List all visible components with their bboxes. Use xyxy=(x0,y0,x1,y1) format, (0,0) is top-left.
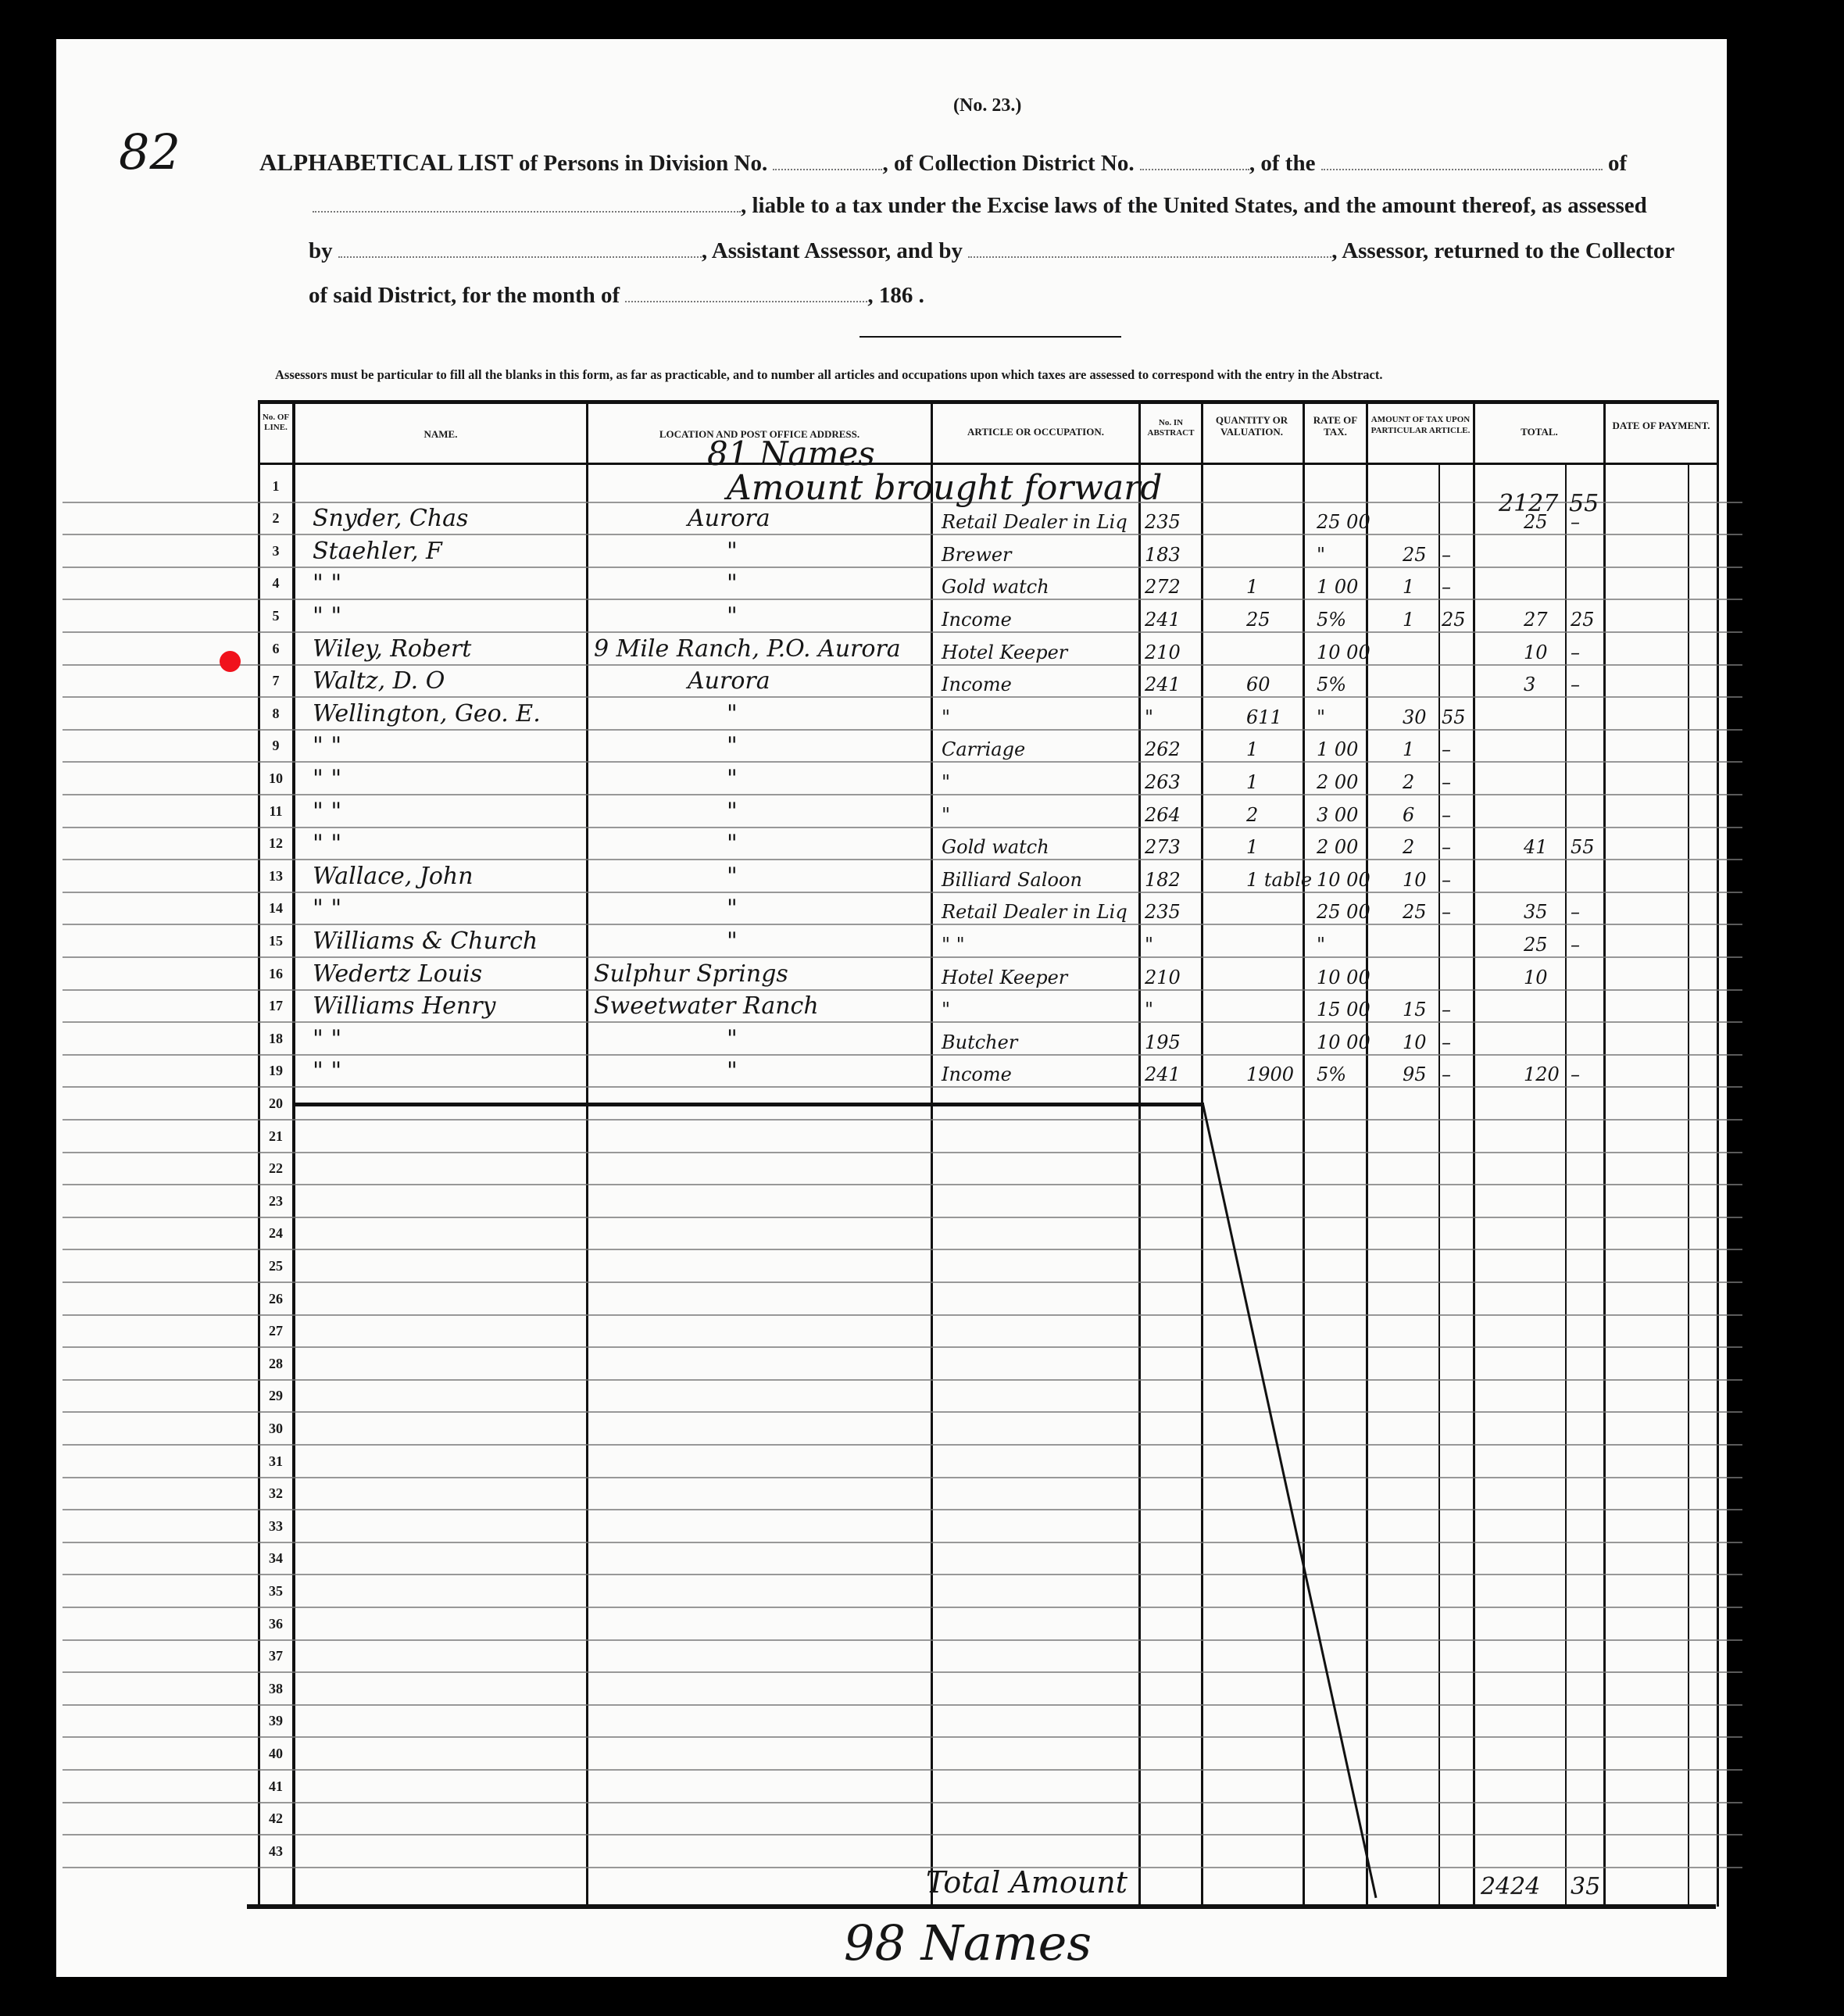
name-cell: Wedertz Louis xyxy=(313,961,482,988)
division-number-blank[interactable] xyxy=(773,152,882,170)
amount-dollars-cell: 15 xyxy=(1403,996,1427,1023)
total-dollars-cell: 25 xyxy=(1524,931,1548,958)
title-line-1: ALPHABETICAL LIST of Persons in Division… xyxy=(259,148,1627,177)
line-number: 33 xyxy=(260,1518,291,1535)
title-text: of xyxy=(1603,151,1627,176)
quantity-cell: 1 xyxy=(1246,574,1258,600)
article-cell: " xyxy=(942,802,950,828)
quantity-cell: 2 xyxy=(1246,802,1258,828)
rate-cell: 10 00 xyxy=(1317,1029,1370,1056)
amount-cents-cell: – xyxy=(1442,899,1451,925)
row-rule xyxy=(63,924,1742,925)
row-rule xyxy=(63,1281,1742,1283)
abstract-cell: 241 xyxy=(1145,606,1181,633)
total-dollars-cell: 25 xyxy=(1524,509,1548,535)
amount-cents-cell: – xyxy=(1442,542,1451,568)
header-date: DATE OF PAYMENT. xyxy=(1606,420,1717,431)
row-rule xyxy=(63,989,1742,991)
abstract-cell: 241 xyxy=(1145,671,1181,698)
title-text: of said District, for the month of xyxy=(309,283,625,308)
margin-page-mark: 82 xyxy=(119,123,180,181)
title-text: , of Collection District No. xyxy=(882,151,1139,176)
abstract-cell: 273 xyxy=(1145,834,1181,860)
header-abstract-no: No. IN ABSTRACT xyxy=(1141,418,1201,438)
line-number: 40 xyxy=(260,1746,291,1762)
location-cell: " xyxy=(727,701,738,727)
line-number: 20 xyxy=(260,1096,291,1112)
row-rule xyxy=(63,1021,1742,1023)
location-cell: " xyxy=(727,1058,738,1085)
title-lead: ALPHABETICAL LIST xyxy=(259,148,513,176)
row-rule xyxy=(63,1542,1742,1543)
amount-cents-cell: – xyxy=(1442,769,1451,795)
location-cell: " xyxy=(727,766,738,792)
col-border-abstract xyxy=(1201,402,1203,1907)
amount-cents-cell: – xyxy=(1442,736,1451,763)
name-cell: " " xyxy=(313,603,341,630)
line-number: 24 xyxy=(260,1225,291,1242)
location-cell: " xyxy=(727,928,738,955)
total-amount-label: Total Amount xyxy=(926,1869,1127,1896)
article-cell: Butcher xyxy=(942,1029,1017,1056)
article-cell: Income xyxy=(942,671,1012,698)
line-number: 36 xyxy=(260,1616,291,1632)
red-marker-dot xyxy=(220,651,241,672)
abstract-cell: 241 xyxy=(1145,1061,1181,1088)
line-number: 32 xyxy=(260,1485,291,1502)
name-cell: Wellington, Geo. E. xyxy=(313,701,541,727)
table-bottom-rule xyxy=(247,1904,1716,1909)
name-cell: " " xyxy=(313,831,341,857)
quantity-cell: 25 xyxy=(1246,606,1270,633)
row-rule xyxy=(63,1607,1742,1608)
article-cell: " xyxy=(942,769,950,795)
total-cents-cell: 25 xyxy=(1571,606,1595,633)
abstract-cell: 210 xyxy=(1145,639,1181,666)
row-rule xyxy=(63,1379,1742,1381)
line-number: 31 xyxy=(260,1453,291,1470)
total-cents-cell: – xyxy=(1571,1061,1580,1088)
row-rule xyxy=(63,1736,1742,1738)
location-cell: " xyxy=(727,733,738,760)
abstract-cell: 235 xyxy=(1145,899,1181,925)
article-cell: Carriage xyxy=(942,736,1025,763)
line-number: 34 xyxy=(260,1550,291,1567)
line-number: 3 xyxy=(260,543,291,559)
row-rule xyxy=(63,1639,1742,1641)
abstract-cell: 183 xyxy=(1145,542,1181,568)
amount-cents-cell: – xyxy=(1442,996,1451,1023)
brought-forward-label: Amount brought forward xyxy=(727,475,1162,502)
name-cell: " " xyxy=(313,1026,341,1053)
line-number: 11 xyxy=(260,803,291,820)
header-article: ARTICLE OR OCCUPATION. xyxy=(933,426,1138,438)
row-rule xyxy=(63,1769,1742,1771)
location-cell: " xyxy=(727,831,738,857)
amount-dollars-cell: 6 xyxy=(1403,802,1414,828)
abstract-cell: 262 xyxy=(1145,736,1181,763)
line-number: 6 xyxy=(260,641,291,657)
name-cell: Williams & Church xyxy=(313,928,538,955)
amount-cents-cell: – xyxy=(1442,574,1451,600)
form-page xyxy=(56,39,1727,1977)
row-rule xyxy=(63,794,1742,795)
amount-dollars-cell: 1 xyxy=(1403,574,1414,600)
article-cell: Billiard Saloon xyxy=(942,867,1082,893)
total-cents-cell: – xyxy=(1571,639,1580,666)
total-dollars-cell: 10 xyxy=(1524,964,1548,991)
article-cell: Gold watch xyxy=(942,834,1049,860)
line-number: 7 xyxy=(260,673,291,689)
line-number: 21 xyxy=(260,1128,291,1145)
line-number: 28 xyxy=(260,1356,291,1372)
abstract-cell: " xyxy=(1145,704,1153,731)
rate-cell: 5% xyxy=(1317,606,1346,633)
location-cell: " xyxy=(727,1026,738,1053)
total-names-annotation: 98 Names xyxy=(844,1914,1092,1971)
location-cell: " xyxy=(727,863,738,890)
rate-cell: 25 00 xyxy=(1317,899,1370,925)
col-border-quantity xyxy=(1303,402,1305,1907)
line-number: 2 xyxy=(260,510,291,527)
line-number: 12 xyxy=(260,835,291,852)
amount-cents-cell: – xyxy=(1442,1061,1451,1088)
name-cell: Wiley, Robert xyxy=(313,636,471,663)
article-cell: " xyxy=(942,996,950,1023)
amount-dollars-cell: 25 xyxy=(1403,542,1427,568)
row-rule xyxy=(63,892,1742,893)
total-dollars-cell: 10 xyxy=(1524,639,1548,666)
total-dollars-cell: 120 xyxy=(1524,1061,1560,1088)
amount-dollars-cell: 1 xyxy=(1403,606,1414,633)
amount-dollars-cell: 2 xyxy=(1403,769,1414,795)
row-rule xyxy=(63,1086,1742,1088)
row-rule xyxy=(63,956,1742,958)
line-number: 9 xyxy=(260,738,291,754)
location-cell: " xyxy=(727,570,738,597)
row-rule xyxy=(63,1509,1742,1510)
location-cell: Aurora xyxy=(688,668,770,695)
name-cell: Snyder, Chas xyxy=(313,506,468,532)
col-border-amount xyxy=(1473,402,1475,1907)
rate-cell: 5% xyxy=(1317,1061,1346,1088)
row-rule xyxy=(63,1444,1742,1446)
location-cell: " xyxy=(727,799,738,825)
rate-cell: 15 00 xyxy=(1317,996,1370,1023)
header-total: TOTAL. xyxy=(1475,426,1603,438)
amount-cents-cell: – xyxy=(1442,867,1451,893)
rate-cell: 1 00 xyxy=(1317,736,1358,763)
collection-district-blank[interactable] xyxy=(1140,152,1249,170)
quantity-cell: 1 xyxy=(1246,736,1258,763)
line-number: 38 xyxy=(260,1681,291,1697)
title-text: of Persons in Division No. xyxy=(513,151,774,176)
total-cents-cell: – xyxy=(1571,931,1580,958)
line-number: 18 xyxy=(260,1031,291,1047)
col-border-location xyxy=(931,402,933,1907)
total-dollars-cell: 27 xyxy=(1524,606,1548,633)
row-rule xyxy=(63,729,1742,731)
total-dollars-cell: 41 xyxy=(1524,834,1548,860)
line-number: 14 xyxy=(260,900,291,917)
row-rule xyxy=(63,1574,1742,1575)
title-text: by xyxy=(309,238,338,263)
article-cell: Retail Dealer in Liq xyxy=(942,899,1127,925)
location-cell: Sulphur Springs xyxy=(594,961,788,988)
form-number: (No. 23.) xyxy=(953,95,1021,116)
quantity-cell: 611 xyxy=(1246,704,1282,731)
names-count-annotation: 81 Names xyxy=(707,434,875,473)
article-cell: Retail Dealer in Liq xyxy=(942,509,1127,535)
amount-dollars-cell: 95 xyxy=(1403,1061,1427,1088)
name-cell: " " xyxy=(313,1058,341,1085)
row-rule xyxy=(63,1119,1742,1121)
rate-cell: 2 00 xyxy=(1317,769,1358,795)
header-quantity: QUANTITY OR VALUATION. xyxy=(1201,414,1303,438)
line-number: 25 xyxy=(260,1258,291,1274)
quantity-cell: 1 xyxy=(1246,769,1258,795)
line-number: 37 xyxy=(260,1648,291,1664)
total-cents-cell: – xyxy=(1571,509,1580,535)
name-cell: Waltz, D. O xyxy=(313,668,445,695)
name-cell: " " xyxy=(313,799,341,825)
header-amount: AMOUNT OF TAX UPON PARTICULAR ARTICLE. xyxy=(1368,414,1473,436)
title-text: , of the xyxy=(1249,151,1321,176)
state-blank[interactable] xyxy=(1321,152,1603,170)
row-rule xyxy=(63,696,1742,698)
row-rule xyxy=(63,1314,1742,1316)
location-cell: Aurora xyxy=(688,506,770,532)
month-blank[interactable] xyxy=(625,284,867,302)
line-number: 1 xyxy=(260,478,291,495)
quantity-cell: 1 table xyxy=(1246,867,1312,893)
name-cell: Williams Henry xyxy=(313,993,495,1020)
col-border-lineno xyxy=(292,402,295,1907)
rate-cell: 1 00 xyxy=(1317,574,1358,600)
rate-cell: 3 00 xyxy=(1317,802,1358,828)
name-cell: " " xyxy=(313,570,341,597)
article-cell: Income xyxy=(942,1061,1012,1088)
row-rule xyxy=(63,1346,1742,1348)
name-cell: Wallace, John xyxy=(313,863,474,890)
amount-dollars-cell: 10 xyxy=(1403,867,1427,893)
col-border-right xyxy=(1717,402,1719,1907)
line-number: 13 xyxy=(260,868,291,885)
col-border-article xyxy=(1138,402,1141,1907)
row-rule xyxy=(63,631,1742,633)
assistant-assessor-blank[interactable] xyxy=(338,239,702,258)
article-cell: " xyxy=(942,704,950,731)
header-rate: RATE OF TAX. xyxy=(1305,414,1366,438)
row-rule xyxy=(63,827,1742,828)
abstract-cell: " xyxy=(1145,931,1153,958)
row-rule xyxy=(63,1802,1742,1803)
line-number: 39 xyxy=(260,1713,291,1729)
line-number: 23 xyxy=(260,1193,291,1210)
location-cell: " xyxy=(727,538,738,565)
row-rule xyxy=(63,1152,1742,1153)
row-rule xyxy=(63,534,1742,535)
quantity-cell: 1900 xyxy=(1246,1061,1294,1088)
abstract-cell: 235 xyxy=(1145,509,1181,535)
total-cents-cell: 55 xyxy=(1571,834,1595,860)
name-cell: " " xyxy=(313,766,341,792)
line-number: 22 xyxy=(260,1160,291,1177)
instructions-notice: Assessors must be particular to fill all… xyxy=(275,367,1383,383)
header-separator xyxy=(258,463,1719,465)
abstract-cell: 272 xyxy=(1145,574,1181,600)
title-text: , Assistant Assessor, and by xyxy=(702,238,968,263)
abstract-cell: " xyxy=(1145,996,1153,1023)
row-rule xyxy=(63,1671,1742,1673)
rate-cell: 2 00 xyxy=(1317,834,1358,860)
rate-cell: 5% xyxy=(1317,671,1346,698)
total-amount-cents: 35 xyxy=(1571,1874,1600,1900)
total-amount-dollars: 2424 xyxy=(1481,1874,1540,1900)
row-rule xyxy=(63,1704,1742,1706)
col-border-rate xyxy=(1366,402,1368,1907)
row-rule xyxy=(63,1834,1742,1835)
row-rule xyxy=(63,859,1742,860)
line-number: 42 xyxy=(260,1810,291,1827)
title-text: , Assessor, returned to the Collector xyxy=(1331,238,1674,263)
row-rule xyxy=(63,1217,1742,1218)
row-rule xyxy=(63,1249,1742,1250)
rate-cell: 10 00 xyxy=(1317,639,1370,666)
title-line-3: by , Assistant Assessor, and by , Assess… xyxy=(309,238,1674,264)
line-number: 19 xyxy=(260,1063,291,1079)
name-cell: " " xyxy=(313,733,341,760)
title-line-4: of said District, for the month of , 186… xyxy=(309,283,924,309)
row-rule xyxy=(63,1184,1742,1185)
amount-dollars-cell: 1 xyxy=(1403,736,1414,763)
name-cell: " " xyxy=(313,895,341,922)
total-dollars-cell: 35 xyxy=(1524,899,1548,925)
line-number: 29 xyxy=(260,1388,291,1404)
quantity-cell: 1 xyxy=(1246,834,1258,860)
amount-dollars-cell: 30 xyxy=(1403,704,1427,731)
line-number: 30 xyxy=(260,1421,291,1437)
col-border-total xyxy=(1603,402,1606,1907)
abstract-cell: 263 xyxy=(1145,769,1181,795)
row-rule xyxy=(63,1477,1742,1478)
abstract-cell: 182 xyxy=(1145,867,1181,893)
amount-dollars-cell: 10 xyxy=(1403,1029,1427,1056)
article-cell: Hotel Keeper xyxy=(942,964,1067,991)
col-border-name xyxy=(586,402,588,1907)
amount-cents-cell: – xyxy=(1442,802,1451,828)
row-rule xyxy=(63,761,1742,763)
rate-cell: " xyxy=(1317,704,1325,731)
row-rule xyxy=(63,1867,1742,1868)
entries-end-rule xyxy=(293,1103,1204,1106)
header-line-no: No. OF LINE. xyxy=(258,413,294,433)
line-number: 16 xyxy=(260,966,291,982)
line-number: 26 xyxy=(260,1291,291,1307)
rate-cell: 25 00 xyxy=(1317,509,1370,535)
title-line-2: , liable to a tax under the Excise laws … xyxy=(313,193,1647,219)
amount-cents-cell: – xyxy=(1442,1029,1451,1056)
category-blank[interactable] xyxy=(313,194,741,213)
line-number: 5 xyxy=(260,608,291,624)
row-rule xyxy=(63,664,1742,666)
line-number: 10 xyxy=(260,770,291,787)
title-text: , liable to a tax under the Excise laws … xyxy=(741,193,1647,218)
title-text: , 186 . xyxy=(867,283,924,308)
quantity-cell: 60 xyxy=(1246,671,1270,698)
abstract-cell: 264 xyxy=(1145,802,1181,828)
article-cell: Gold watch xyxy=(942,574,1049,600)
abstract-cell: 195 xyxy=(1145,1029,1181,1056)
amount-dollars-cell: 25 xyxy=(1403,899,1427,925)
line-number: 4 xyxy=(260,575,291,592)
location-cell: " xyxy=(727,895,738,922)
row-rule xyxy=(63,1411,1742,1413)
article-cell: Income xyxy=(942,606,1012,633)
line-number: 41 xyxy=(260,1778,291,1795)
title-underline xyxy=(859,336,1121,338)
rate-cell: " xyxy=(1317,542,1325,568)
total-dollars-cell: 3 xyxy=(1524,671,1535,698)
amount-cents-cell: 25 xyxy=(1442,606,1466,633)
row-rule xyxy=(63,599,1742,600)
article-cell: " " xyxy=(942,931,965,958)
header-name: NAME. xyxy=(295,428,586,440)
amount-dollars-cell: 2 xyxy=(1403,834,1414,860)
amount-cents-cell: 55 xyxy=(1442,704,1466,731)
name-cell: Staehler, F xyxy=(313,538,442,565)
location-cell: " xyxy=(727,603,738,630)
rate-cell: 10 00 xyxy=(1317,964,1370,991)
amount-cents-cell: – xyxy=(1442,834,1451,860)
line-number: 43 xyxy=(260,1843,291,1860)
rate-cell: 10 00 xyxy=(1317,867,1370,893)
rate-cell: " xyxy=(1317,931,1325,958)
line-number: 15 xyxy=(260,933,291,949)
line-number: 8 xyxy=(260,706,291,722)
assessor-blank[interactable] xyxy=(968,239,1331,258)
total-cents-cell: – xyxy=(1571,671,1580,698)
total-cents-cell: – xyxy=(1571,899,1580,925)
line-number: 35 xyxy=(260,1583,291,1600)
location-cell: Sweetwater Ranch xyxy=(594,993,819,1020)
location-cell: 9 Mile Ranch, P.O. Aurora xyxy=(594,636,901,663)
article-cell: Brewer xyxy=(942,542,1012,568)
line-number: 27 xyxy=(260,1323,291,1339)
row-rule xyxy=(63,1054,1742,1056)
row-rule xyxy=(63,567,1742,568)
article-cell: Hotel Keeper xyxy=(942,639,1067,666)
abstract-cell: 210 xyxy=(1145,964,1181,991)
table-top-rule xyxy=(258,400,1719,404)
line-number: 17 xyxy=(260,998,291,1014)
